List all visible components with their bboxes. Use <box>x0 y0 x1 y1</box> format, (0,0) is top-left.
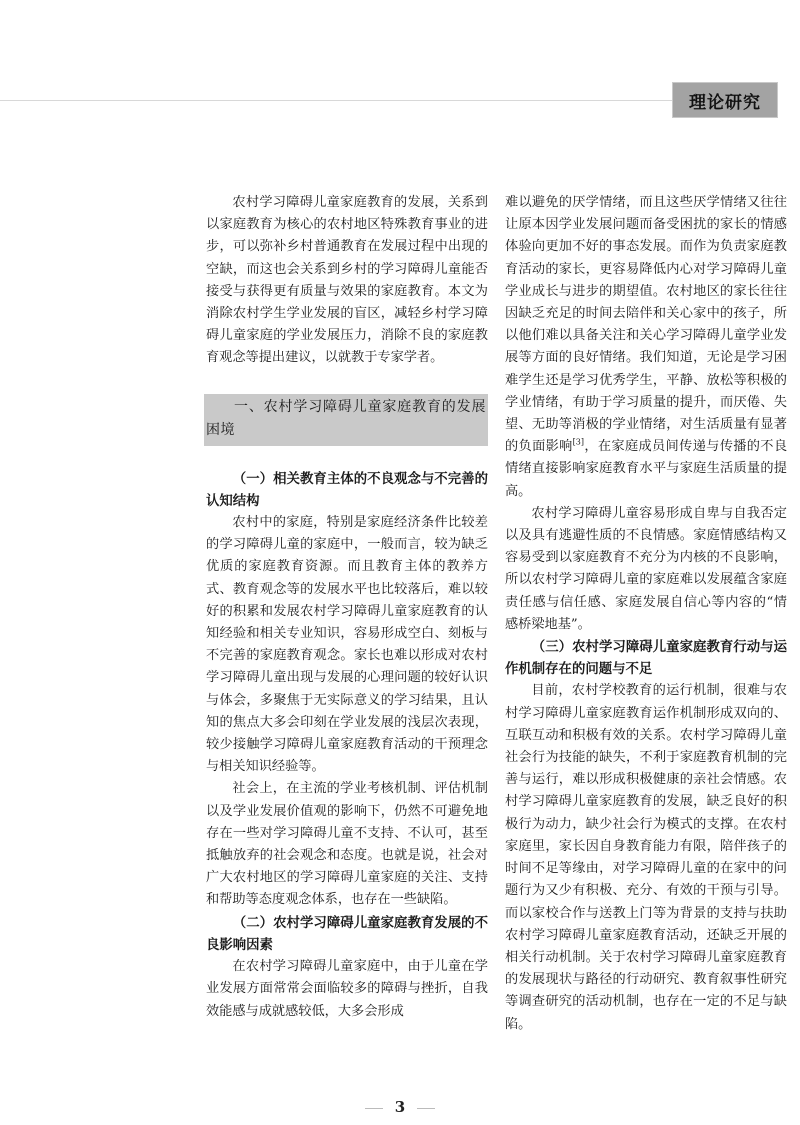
sub1-paragraph-1: 农村中的家庭，特别是家庭经济条件比较差的学习障碍儿童的家庭中，一般而言，较为缺乏… <box>206 512 488 778</box>
sub1-heading: （一）相关教育主体的不良观念与不完善的认知结构 <box>206 468 488 512</box>
right-column: 难以避免的厌学情绪，而且这些厌学情绪又往往让原本因学业发展问题而备受困扰的家长的… <box>505 192 787 1036</box>
sub2-paragraph-2: 农村学习障碍儿童容易形成自卑与自我否定以及具有逃避性质的不良情感。家庭情感结构又… <box>505 503 787 636</box>
section1-heading: 一、农村学习障碍儿童家庭教育的发展困境 <box>204 394 488 446</box>
sub3-paragraph-1: 目前，农村学校教育的运行机制，很难与农村学习障碍儿童家庭教育运作机制形成双向的、… <box>505 680 787 1035</box>
sub3-heading: （三）农村学习障碍儿童家庭教育行动与运作机制存在的问题与不足 <box>505 636 787 680</box>
sub2-paragraph-1-start: 在农村学习障碍儿童家庭中，由于儿童在学业发展方面常常会面临较多的障碍与挫折，自我… <box>206 956 488 1023</box>
section-tag: 理论研究 <box>672 82 778 118</box>
header-rule <box>0 100 672 101</box>
sub2-heading: （二）农村学习障碍儿童家庭教育发展的不良影响因素 <box>206 912 488 956</box>
page-number: 3 <box>395 1098 405 1116</box>
page-footer: 3 <box>0 1098 800 1116</box>
intro-paragraph: 农村学习障碍儿童家庭教育的发展，关系到以家庭教育为核心的农村地区特殊教育事业的进… <box>206 192 488 370</box>
sub2-paragraph-1-continued: 难以避免的厌学情绪，而且这些厌学情绪又往往让原本因学业发展问题而备受困扰的家长的… <box>505 192 787 503</box>
left-dash <box>365 1108 383 1109</box>
citation-ref[interactable]: [3] <box>573 438 584 447</box>
left-column: 农村学习障碍儿童家庭教育的发展，关系到以家庭教育为核心的农村地区特殊教育事业的进… <box>206 192 488 1023</box>
right-dash <box>417 1108 435 1109</box>
sub2-paragraph-1-text-a: 难以避免的厌学情绪，而且这些厌学情绪又往往让原本因学业发展问题而备受困扰的家长的… <box>505 195 787 454</box>
sub1-paragraph-2: 社会上，在主流的学业考核机制、评估机制以及学业发展价值观的影响下，仍然不可避免地… <box>206 778 488 911</box>
